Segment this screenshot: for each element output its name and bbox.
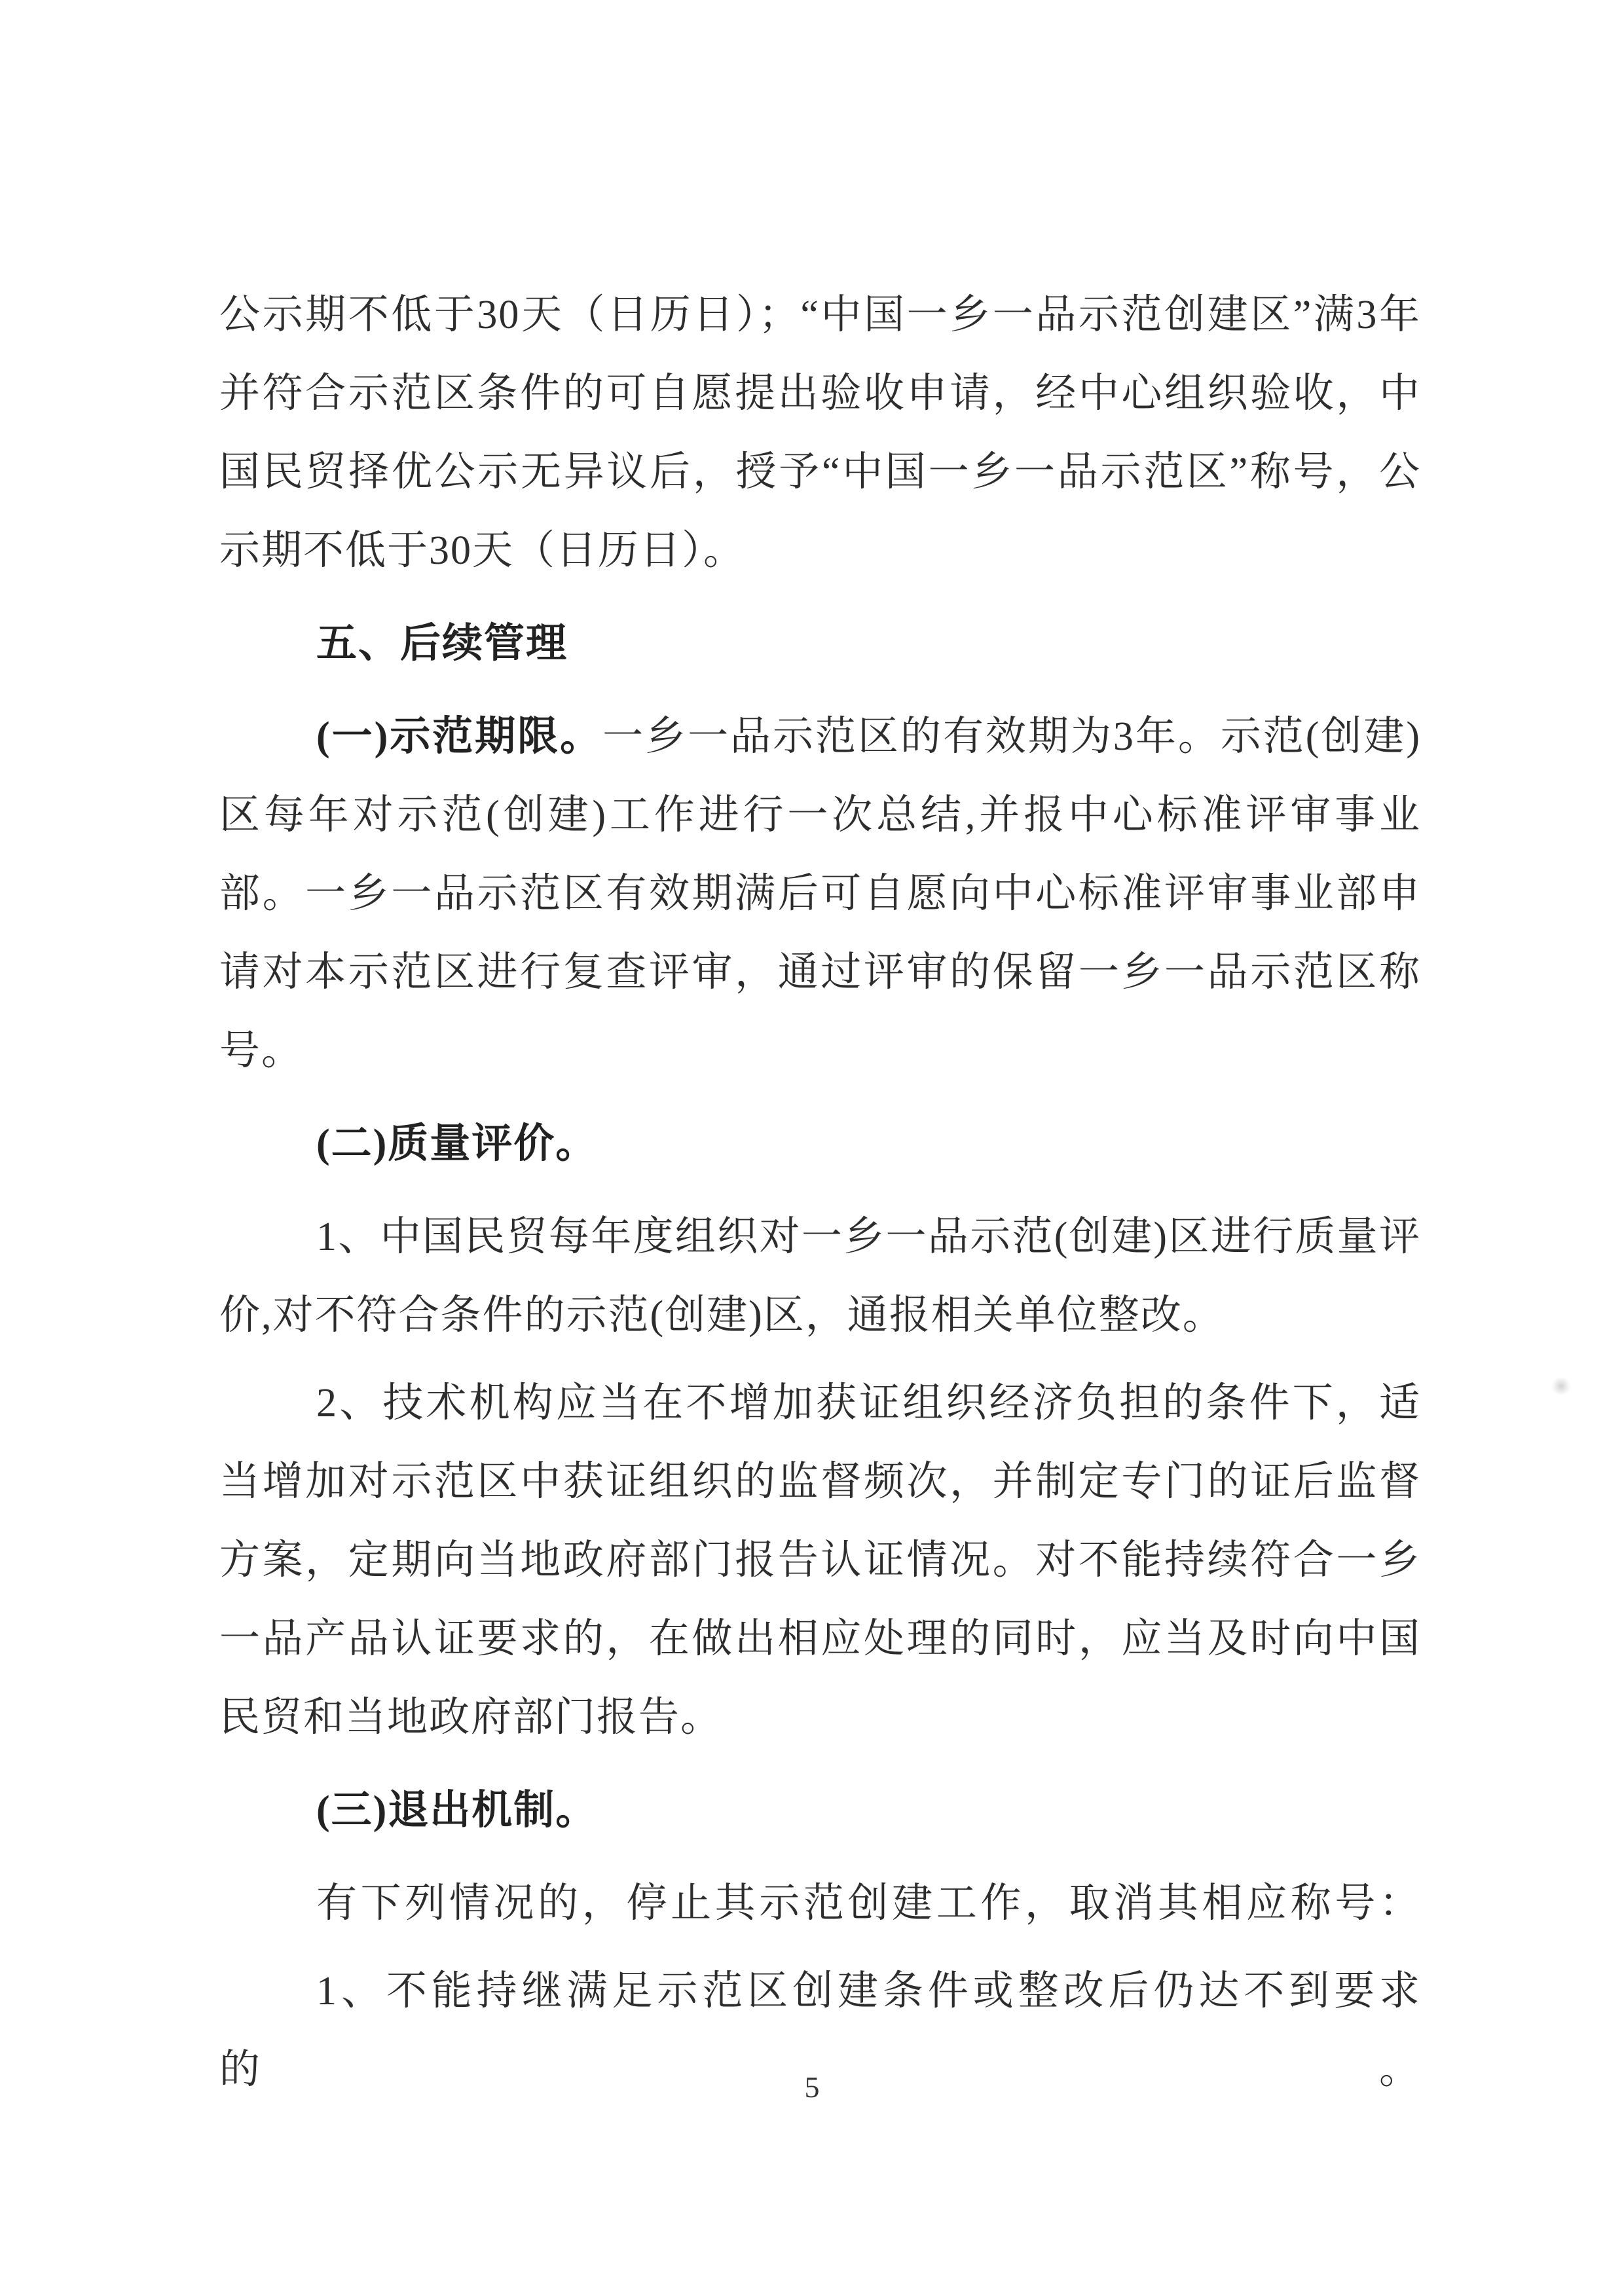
- paragraph-quality-evaluation-2: 2、技术机构应当在不增加获证组织经济负担的条件下，适当增加对示范区中获证组织的监…: [219, 1364, 1421, 1757]
- item-1-text: 一乡一品示范区的有效期为3年。示范(创建)区每年对示范(创建)工作进行一次总结,…: [219, 714, 1421, 1073]
- document-body: 公示期不低于30天（日历日）；“中国一乡一品示范创建区”满3年并符合示范区条件的…: [219, 276, 1421, 2118]
- paragraph-exit-mechanism-intro: 有下列情况的，停止其示范创建工作，取消其相应称号：: [219, 1864, 1421, 1943]
- item-1-lead-label: (一)示范期限。: [316, 714, 602, 759]
- item-2-heading-quality-evaluation: (二)质量评价。: [219, 1105, 1421, 1183]
- paragraph-quality-evaluation-1: 1、中国民贸每年度组织对一乡一品示范(创建)区进行质量评价,对不符合条件的示范(…: [219, 1198, 1421, 1355]
- section-5-heading: 五、后续管理: [219, 604, 1421, 683]
- scanned-document-page: 公示期不低于30天（日历日）；“中国一乡一品示范创建区”满3年并符合示范区条件的…: [0, 0, 1624, 2295]
- scan-artifact-dot: [1551, 1378, 1572, 1395]
- paragraph-demonstration-period: (一)示范期限。一乡一品示范区的有效期为3年。示范(创建)区每年对示范(创建)工…: [219, 697, 1421, 1090]
- paragraph-continuation: 公示期不低于30天（日历日）；“中国一乡一品示范创建区”满3年并符合示范区条件的…: [219, 276, 1421, 590]
- page-footer: 5: [0, 2068, 1624, 2107]
- item-3-heading-exit-mechanism: (三)退出机制。: [219, 1771, 1421, 1850]
- page-number: 5: [805, 2070, 820, 2104]
